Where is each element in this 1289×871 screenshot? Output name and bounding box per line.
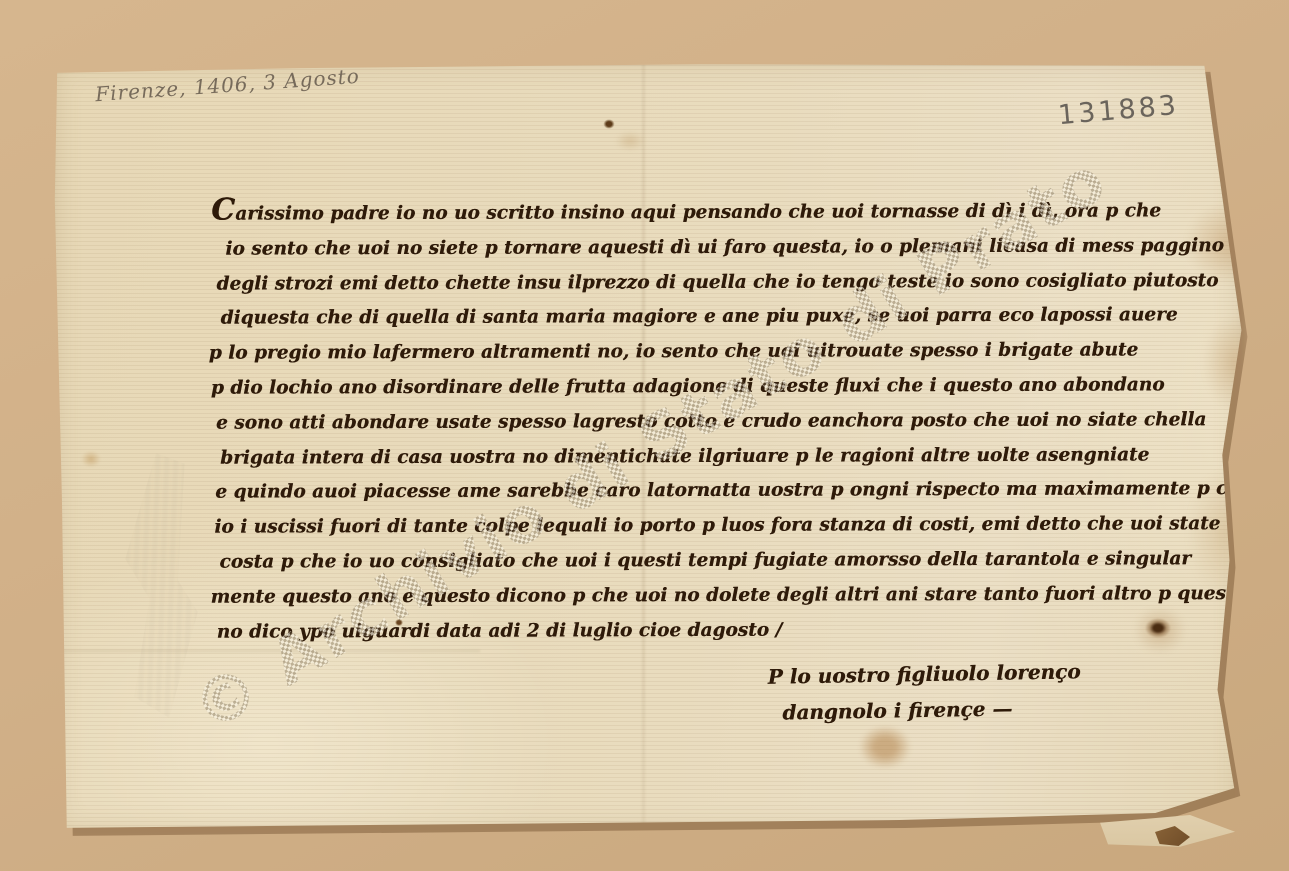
horizontal-crease (60, 650, 480, 652)
verso-showthrough (112, 453, 222, 718)
manuscript-line: p dio lochio ano disordinare delle frutt… (211, 368, 1172, 406)
date-annotation: Firenze, 1406, 3 Agosto (94, 63, 360, 107)
manuscript-line: brigata intera di casa uostra no dimenti… (220, 438, 1172, 476)
manuscript-line: no dico ypo uiguardi data adi 2 di lugli… (217, 612, 1173, 650)
manuscript-line: e sono atti abondare usate spesso lagres… (216, 403, 1172, 441)
ink-speck (602, 118, 616, 130)
catalog-number: 131883 (1057, 91, 1180, 131)
signature-line: P lo uostro figliuolo lorenço (767, 653, 1080, 694)
manuscript-line: diquesta che di quella di santa maria ma… (221, 299, 1172, 337)
letter-lines: Carissimo padre io no uo scritto insino … (211, 190, 1173, 650)
manuscript-line: io sento che uoi no siete p tornare aque… (225, 229, 1171, 267)
manuscript-line: costa p che io uo consigliato che uoi i … (219, 542, 1172, 580)
manuscript-line: Carissimo padre io no uo scritto insino … (211, 190, 1171, 232)
manuscript-line: p lo pregio mio lafermero altramenti no,… (209, 334, 1172, 372)
manuscript-line: io i uscissi fuori di tante colpe lequal… (214, 507, 1172, 545)
stain-left-edge (78, 448, 104, 470)
manuscript-line: e quindo auoi piacesse ame sarebbe caro … (215, 473, 1172, 511)
signature-block: P lo uostro figliuolo lorenço dangnolo i… (767, 653, 1081, 730)
letter-sheet: Firenze, 1406, 3 Agosto 131883 Carissimo… (50, 58, 1245, 838)
signature-line: dangnolo i firençe — (782, 689, 1081, 730)
manuscript-line: degli strozi emi detto chette insu ilpre… (216, 264, 1171, 302)
scanned-manuscript-page: { "annotation_date": "Firenze, 1406, 3 A… (0, 0, 1289, 871)
manuscript-line: mente questo ano e questo dicono p che u… (211, 577, 1173, 615)
